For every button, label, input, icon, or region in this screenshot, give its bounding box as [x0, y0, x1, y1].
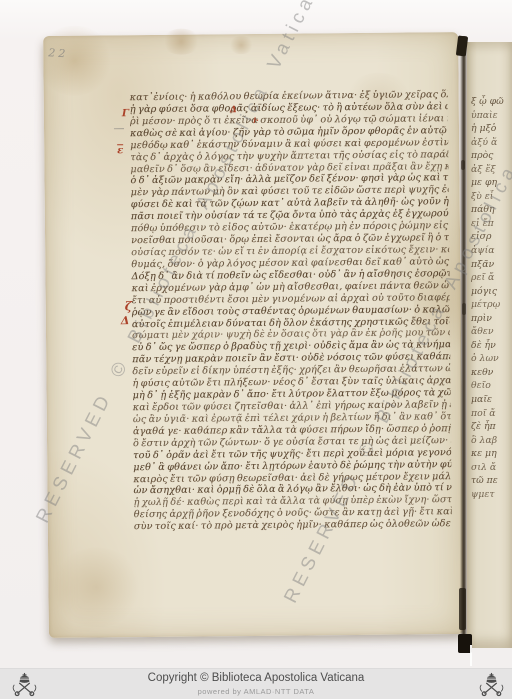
manuscript-page: 22 — κατ᾽ἐνίοις· ἡ καθόλου θεωρία ἐκείνω…	[43, 32, 464, 638]
manuscript-text-block: κατ᾽ἐνίοις· ἡ καθόλου θεωρία ἐκείνων ἅτι…	[130, 89, 452, 533]
facing-page-line: ποῖ ἄ	[471, 407, 512, 421]
facing-page-line: ξὺ εἶ	[471, 190, 512, 204]
binding-mark	[461, 160, 465, 170]
facing-page-line: μόγις	[471, 285, 512, 299]
facing-page-line: με φη	[471, 176, 512, 190]
copyright-footer: Copyright © Biblioteca Apostolica Vatica…	[0, 668, 512, 699]
facing-page-line: μαῖε	[471, 393, 512, 407]
rubric-inline-mark: Δ	[230, 105, 237, 115]
facing-page-line: δὲ ἦν	[471, 339, 512, 353]
binding-gutter	[460, 36, 467, 648]
parchment-stain	[161, 28, 201, 54]
facing-page-line: ὁ λων	[471, 352, 512, 366]
facing-page-line: ὑπαὶε	[471, 109, 512, 123]
scan-background: 22 — κατ᾽ἐνίοις· ἡ καθόλου θεωρία ἐκείνω…	[0, 0, 512, 668]
facing-page-line: κεθν	[471, 366, 512, 380]
copyright-text: Copyright © Biblioteca Apostolica Vatica…	[0, 672, 512, 684]
facing-page-line: πρὶν	[471, 312, 512, 326]
facing-page-line: ρεῖ ἄ	[471, 271, 512, 285]
facing-page-line: ψμετ	[471, 488, 512, 502]
facing-page-line: ἡ μξὁ	[471, 122, 512, 136]
facing-page-edge: ξ ᾧ φῶὑπαὶεἡ μξὁἀξύ ἅπρὸςἀξ ἕξμε φηξὺ εἶ…	[467, 42, 512, 648]
parchment-stain	[50, 547, 143, 628]
binding-mark	[462, 303, 466, 315]
pencil-margin-dash: —	[114, 123, 124, 134]
facing-page-line: μέτρῳ	[471, 298, 512, 312]
facing-page-line: ἀξύ ἅ	[471, 136, 512, 150]
facing-page-line: ξ ᾧ φῶ	[471, 95, 512, 109]
rubric-margin-mark: ε	[117, 144, 123, 156]
facing-page-line: θεῖο	[471, 379, 512, 393]
facing-page-line: πρὸς	[471, 149, 512, 163]
rubric-margin-mark: Γ	[122, 109, 129, 119]
facing-page-line: κε μη	[471, 447, 512, 461]
facing-page-line: τῶ πε	[471, 474, 512, 488]
facing-page-text: ξ ᾧ φῶὑπαὶεἡ μξὁἀξύ ἅπρὸςἀξ ἕξμε φηξὺ εἶ…	[471, 95, 512, 501]
facing-page-line: εἰσρ	[471, 230, 512, 244]
facing-page-line: ζὲ ἧπ	[471, 420, 512, 434]
facing-page-line: πάθη	[471, 203, 512, 217]
manuscript-line: σὺν τοῖς καί· τὸ πρὸ μετὰ χειρὸς ἡμῖν· κ…	[134, 518, 452, 533]
parchment-stain	[228, 36, 254, 54]
facing-page-line: ἀξ ἕξ	[471, 163, 512, 177]
binding-thread	[470, 645, 472, 666]
folio-number-pencil: 22	[48, 46, 69, 60]
parchment-stain	[35, 25, 114, 96]
facing-page-line: εἰ ἔπ	[471, 217, 512, 231]
rubric-inline-mark: ϯ·	[253, 115, 259, 125]
facing-page-line: ὃ λαβ	[471, 434, 512, 448]
powered-by-text: powered by AMLAD·NTT DATA	[0, 687, 512, 696]
facing-page-line: ἀψία	[471, 244, 512, 258]
facing-page-line: σιλ ἄ	[471, 461, 512, 475]
vatican-emblem-icon	[478, 672, 505, 697]
facing-page-line: πξᾶν	[471, 258, 512, 272]
facing-page-line: ἄθεν	[471, 325, 512, 339]
rubric-margin-mark: ζ	[125, 301, 132, 311]
binding-mark	[459, 588, 466, 630]
rubric-margin-mark: Δ	[121, 316, 130, 326]
